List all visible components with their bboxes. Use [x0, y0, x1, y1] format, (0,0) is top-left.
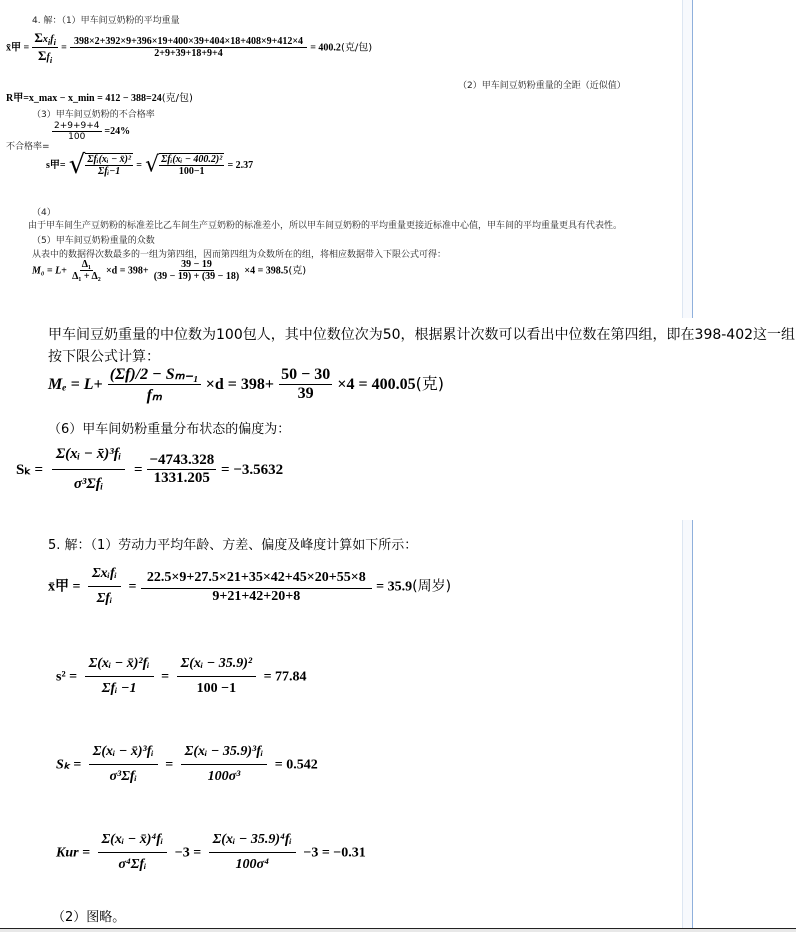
problem5-part2: （2）图略。	[52, 906, 125, 925]
problem4-part3-label: （3）甲车间豆奶粉的不合格率	[32, 107, 155, 120]
problem4-part4-text: 由于甲车间生产豆奶粉的标准差比乙车间生产豆奶粉的标准差小，所以甲车间豆奶粉的平均…	[28, 218, 622, 231]
problem4-part4-label: （4）	[32, 205, 56, 218]
mean-sum-fraction: Σxifi Σfi	[32, 30, 58, 65]
page-gutter-top	[682, 0, 693, 318]
mode-formula: M₀ = L+ Δ₁ Δ₁ + Δ₂ ×d = 398+ 39 − 19 (39…	[32, 259, 306, 282]
median-text-1: 甲车间豆奶重量的中位数为100包人，其中位数位次为50，根据累计次数可以看出中位…	[48, 324, 796, 344]
mean-lhs: x̄甲 =	[6, 43, 29, 54]
problem4-mean-formula: x̄甲 = Σxifi Σfi = 398×2+392×9+396×19+400…	[6, 30, 372, 65]
problem4-part5-label: （5）甲车间豆奶粉重量的众数	[32, 233, 155, 246]
skewness-formula-4: Sₖ = Σ(xᵢ − x̄)³fᵢ σ³Σfᵢ = −4743.328 133…	[16, 440, 283, 499]
median-formula: Mₑ = L+ (Σf)/2 − Sₘ₋₁ fₘ ×d = 398+ 50 − …	[48, 364, 444, 405]
problem4-range: R甲=x_max − x_min = 412 − 388=24(克/包)	[6, 89, 193, 104]
problem5-mean-formula: x̄甲 = Σxᵢfᵢ Σfᵢ = 22.5×9+27.5×21+35×42+4…	[48, 562, 451, 611]
problem4-heading: 4. 解：（1）甲车间豆奶粉的平均重量	[32, 13, 180, 26]
std-dev-formula: s甲= √ Σfᵢ(xᵢ − x̄)² Σfᵢ−1 = √ Σfᵢ(xᵢ − 4…	[46, 150, 253, 180]
mean-value-fraction: 398×2+392×9+396×19+400×39+404×18+408×9+4…	[70, 36, 307, 59]
median-text-2: 按下限公式计算：	[48, 346, 160, 366]
problem5-skewness-formula: Sₖ = Σ(xᵢ − x̄)³fᵢ σ³Σfᵢ = Σ(xᵢ − 35.9)³…	[56, 740, 318, 789]
variance-formula: s² = Σ(xᵢ − x̄)²fᵢ Σfᵢ −1 = Σ(xᵢ − 35.9)…	[56, 652, 307, 701]
page-gutter-bottom	[682, 520, 693, 928]
problem5-heading: 5. 解：（1）劳动力平均年龄、方差、偏度及峰度计算如下所示：	[48, 534, 417, 553]
problem4-part2-label: （2）甲车间豆奶粉重量的全距（近似值）	[458, 78, 626, 91]
kurtosis-formula: Kur = Σ(xᵢ − x̄)⁴fᵢ σ⁴Σfᵢ −3 = Σ(xᵢ − 35…	[56, 828, 366, 877]
defect-rate-fraction: 2+9+9+4 100 =24%	[52, 121, 130, 142]
problem4-part6-label: （6）甲车间奶粉重量分布状态的偏度为：	[48, 418, 290, 437]
defect-rate-label: 不合格率=	[6, 139, 50, 152]
